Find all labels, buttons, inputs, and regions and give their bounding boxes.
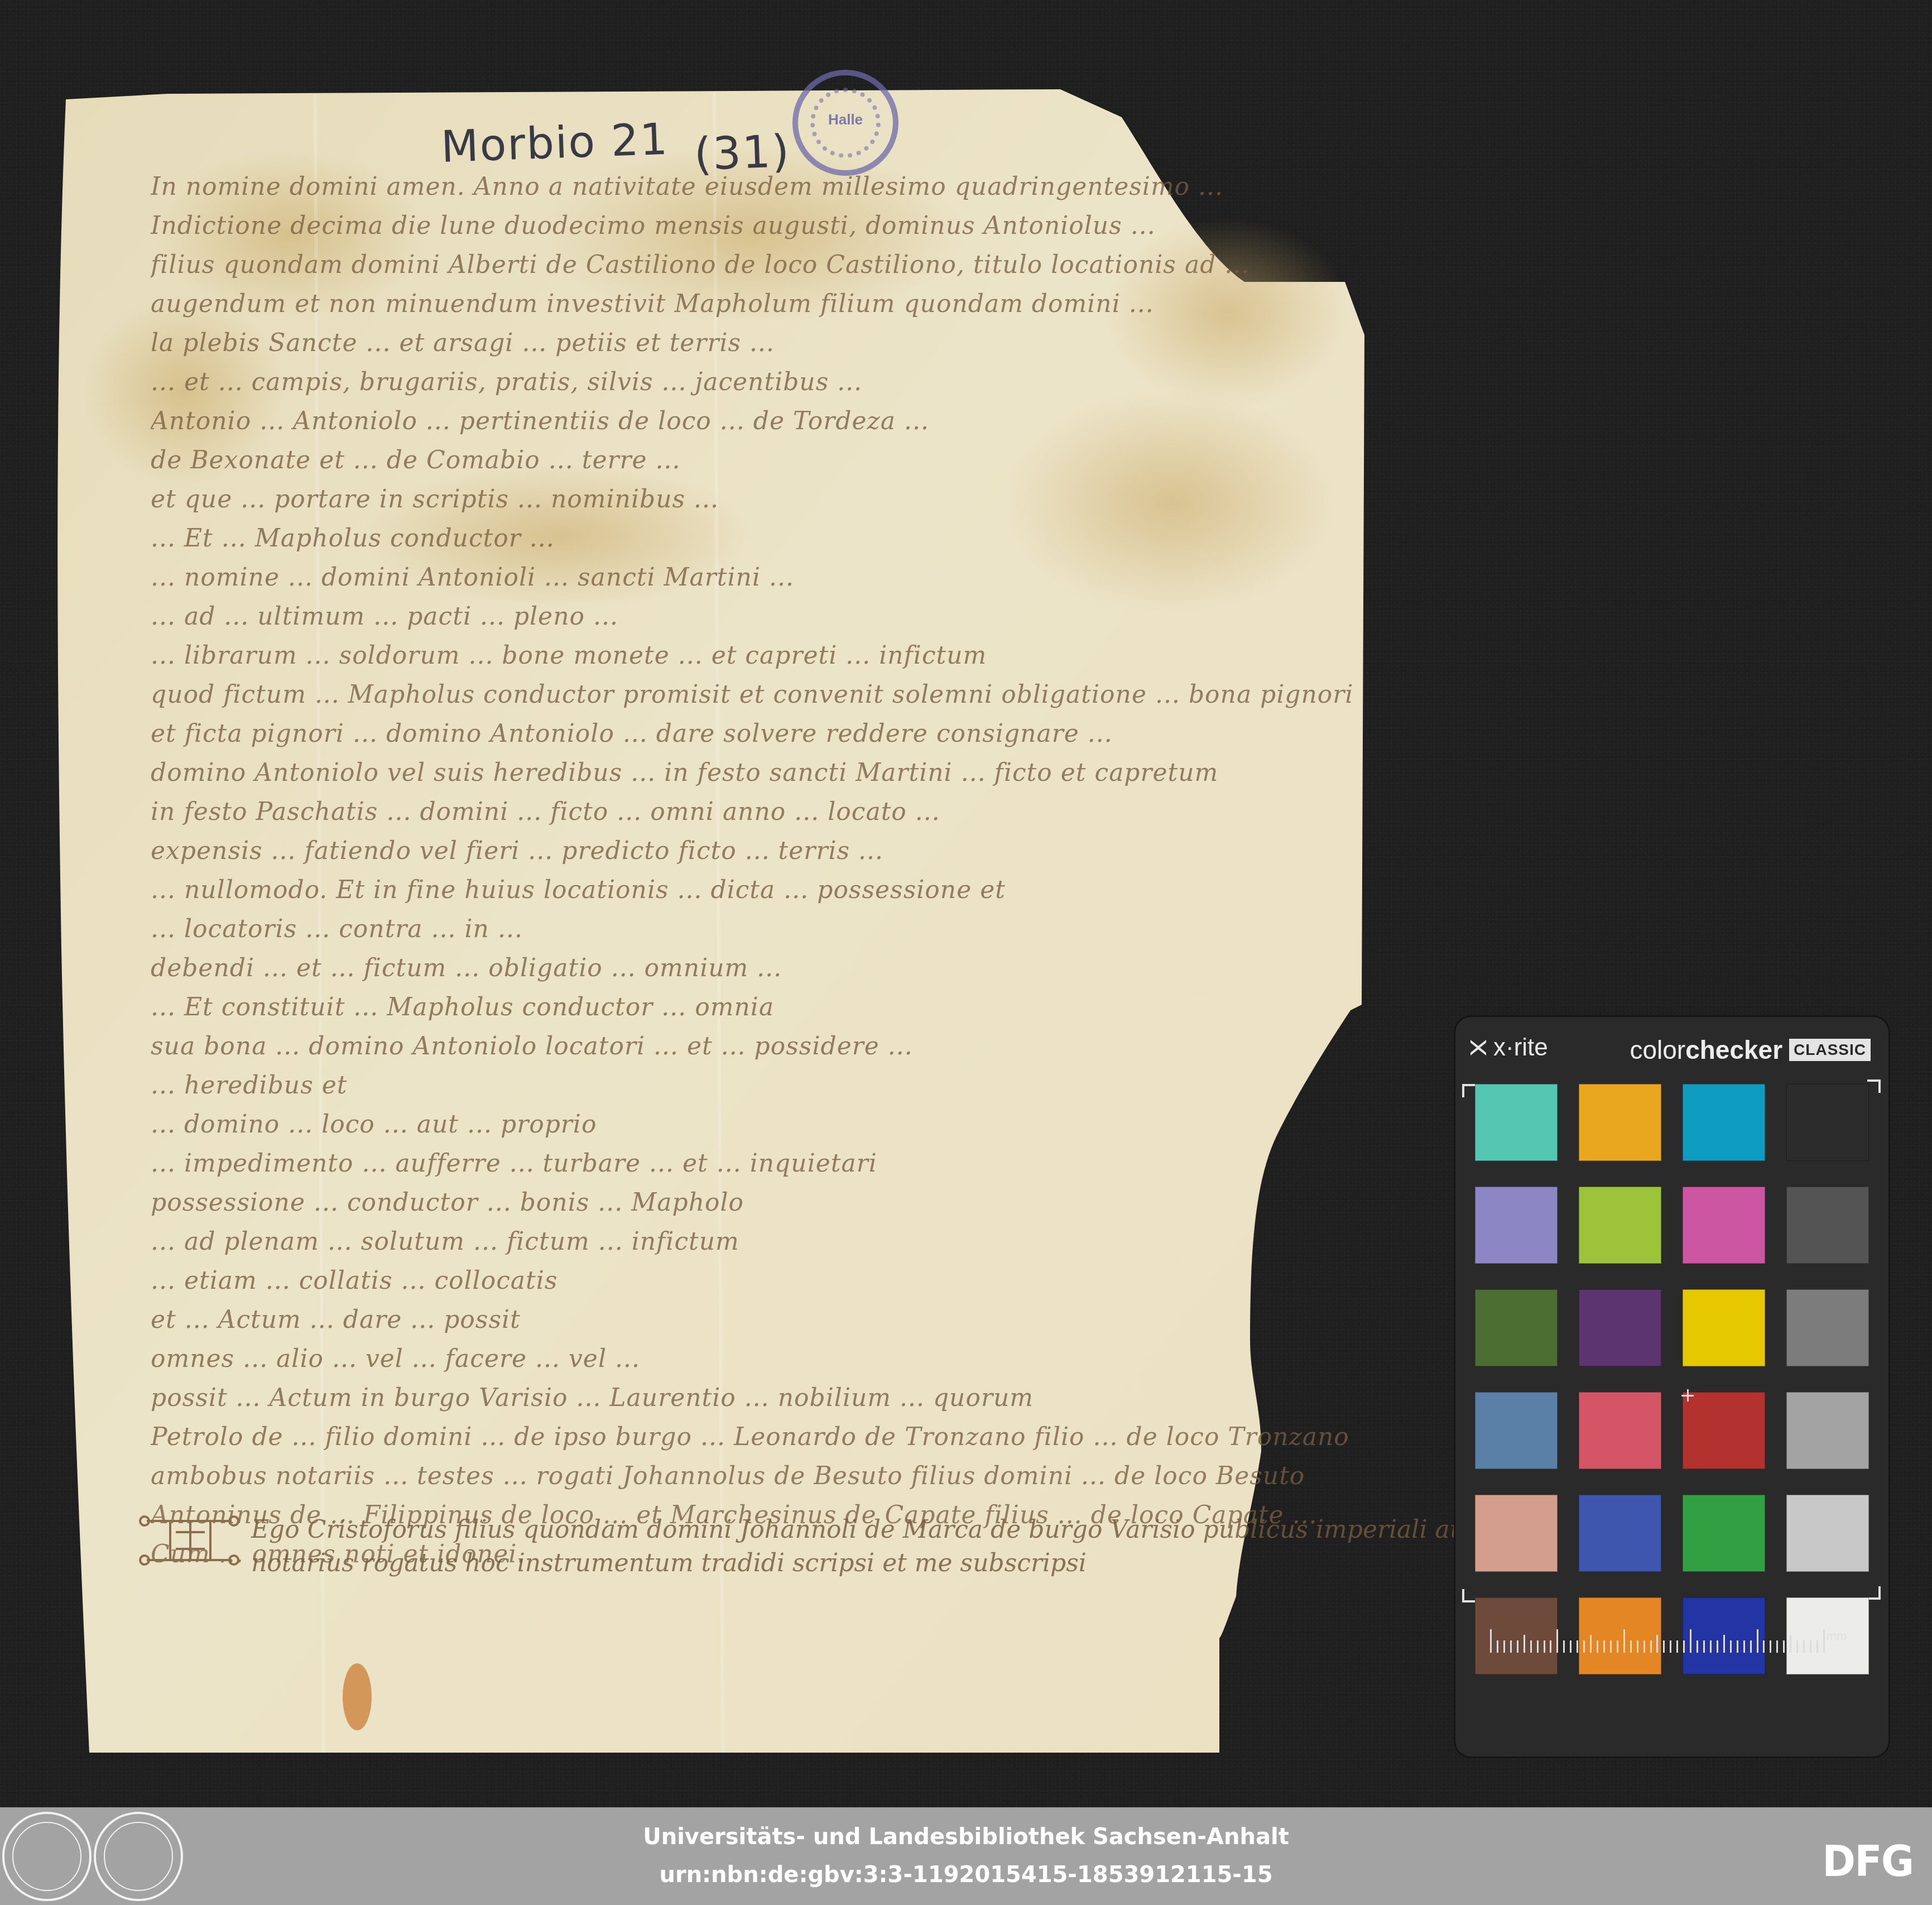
ruler-tick <box>1550 1640 1551 1653</box>
classic-badge: CLASSIC <box>1789 1039 1871 1061</box>
ruler-tick <box>1710 1640 1712 1653</box>
registration-corner-icon <box>1867 1586 1881 1600</box>
ruler-tick <box>1743 1640 1745 1653</box>
manuscript-line: ... ad ... ultimum ... pacti ... pleno .… <box>151 597 1367 636</box>
color-patch <box>1683 1187 1765 1264</box>
manuscript-line: ... nomine ... domini Antonioli ... sanc… <box>151 558 1367 597</box>
ruler-tick <box>1630 1640 1632 1653</box>
color-patch <box>1683 1495 1765 1572</box>
manuscript-line: in festo Paschatis ... domini ... ficto … <box>151 793 1367 832</box>
ruler-tick <box>1770 1640 1771 1653</box>
xrite-logo-icon <box>1469 1038 1488 1057</box>
manuscript-line: quod fictum ... Mapholus conductor promi… <box>151 675 1367 714</box>
color-patch <box>1683 1084 1765 1161</box>
manuscript-line: ... nullomodo. Et in fine huius location… <box>151 871 1367 910</box>
ruler-tick <box>1823 1629 1825 1653</box>
ruler-tick <box>1590 1635 1592 1653</box>
ruler-tick <box>1737 1640 1738 1653</box>
color-patch <box>1475 1289 1558 1366</box>
color-patch <box>1786 1392 1869 1469</box>
ruler-tick <box>1750 1640 1752 1653</box>
color-patch <box>1579 1084 1661 1161</box>
ruler-tick <box>1597 1640 1598 1653</box>
color-patch <box>1475 1392 1558 1469</box>
manuscript-line: In nomine domini amen. Anno a nativitate… <box>151 167 1367 207</box>
color-patch <box>1579 1187 1661 1264</box>
ruler-tick <box>1530 1640 1532 1653</box>
ruler-tick <box>1497 1640 1498 1653</box>
ruler-tick <box>1490 1629 1492 1653</box>
color-patch <box>1475 1084 1558 1161</box>
ruler-tick <box>1730 1640 1732 1653</box>
manuscript-line: et que ... portare in scriptis ... nomin… <box>151 480 1367 519</box>
brand-light-text: color <box>1630 1035 1685 1065</box>
manuscript-line: et ficta pignori ... domino Antoniolo ..… <box>151 714 1367 754</box>
ruler-tick <box>1650 1640 1652 1653</box>
manuscript-line: omnes ... alio ... vel ... facere ... ve… <box>151 1340 1367 1379</box>
manuscript-line: filius quondam domini Alberti de Castili… <box>151 246 1367 285</box>
manuscript-line: ... heredibus et <box>151 1066 1367 1105</box>
color-patch-grid <box>1475 1084 1869 1674</box>
registration-corner-icon <box>1462 1589 1476 1602</box>
stamp-text: Halle <box>798 111 893 128</box>
subscription-line: Ego Cristoforus filius quondam domini Jo… <box>251 1515 1573 1544</box>
color-patch <box>1579 1495 1661 1572</box>
color-patch <box>1579 1392 1661 1469</box>
xrite-brand: x·rite <box>1469 1034 1548 1062</box>
ruler-tick <box>1556 1629 1558 1653</box>
ruler-tick <box>1717 1640 1718 1653</box>
ruler-tick <box>1617 1640 1618 1653</box>
ruler-tick <box>1776 1640 1778 1653</box>
color-patch <box>1579 1289 1661 1366</box>
shelfmark-text: Morbio 21 <box>440 114 670 172</box>
color-patch <box>1475 1495 1558 1572</box>
ruler-tick <box>1503 1640 1505 1653</box>
institution-name: Universitäts- und Landesbibliothek Sachs… <box>0 1824 1932 1850</box>
manuscript-line: Indictione decima die lune duodecimo men… <box>151 207 1367 246</box>
ruler-tick <box>1723 1635 1725 1653</box>
notary-signum-icon <box>137 1510 243 1571</box>
ruler-tick <box>1696 1640 1698 1653</box>
ruler-tick <box>1656 1635 1658 1653</box>
urn-identifier: urn:nbn:de:gbv:3:3-1192015415-1853912115… <box>0 1862 1932 1888</box>
color-patch <box>1786 1187 1869 1264</box>
ruler-tick <box>1796 1640 1798 1653</box>
ruler-tick <box>1643 1640 1645 1653</box>
color-patch <box>1786 1495 1869 1572</box>
ruler-tick <box>1563 1640 1565 1653</box>
manuscript-line: ... librarum ... soldorum ... bone monet… <box>151 636 1367 675</box>
ruler-tick <box>1603 1640 1605 1653</box>
manuscript-line: augendum et non minuendum investivit Map… <box>151 285 1367 324</box>
manuscript-line: ... locatoris ... contra ... in ... <box>151 910 1367 949</box>
crosshair-icon <box>1681 1389 1694 1402</box>
ruler-tick <box>1637 1640 1638 1653</box>
colorchecker-brand: color checker CLASSIC <box>1630 1035 1871 1065</box>
registration-corner-icon <box>1462 1084 1476 1097</box>
subscription-line: notarius rogatus hoc instrumentum tradid… <box>251 1549 1087 1577</box>
ruler-tick <box>1816 1640 1818 1653</box>
color-patch <box>1786 1084 1869 1161</box>
manuscript-line: ... etiam ... collatis ... collocatis <box>151 1261 1367 1301</box>
registration-corner-icon <box>1867 1079 1881 1093</box>
ruler-tick <box>1517 1640 1518 1653</box>
ruler-tick <box>1524 1635 1525 1653</box>
ruler-tick <box>1757 1629 1758 1653</box>
ruler-tick <box>1577 1640 1578 1653</box>
ruler-tick <box>1537 1640 1539 1653</box>
library-footer-banner: Universitäts- und Landesbibliothek Sachs… <box>0 1807 1932 1905</box>
ruler-tick <box>1803 1640 1805 1653</box>
manuscript-line: possit ... Actum in burgo Varisio ... La… <box>151 1379 1367 1418</box>
xrite-label: x·rite <box>1493 1034 1548 1062</box>
ruler-tick <box>1510 1640 1512 1653</box>
mm-ruler <box>1490 1629 1825 1653</box>
manuscript-line: ... impedimento ... aufferre ... turbare… <box>151 1144 1367 1183</box>
manuscript-line: Antonio ... Antoniolo ... pertinentiis d… <box>151 402 1367 441</box>
manuscript-line: ... Et constituit ... Mapholus conductor… <box>151 988 1367 1027</box>
ruler-tick <box>1703 1640 1705 1653</box>
manuscript-line: ambobus notariis ... testes ... rogati J… <box>151 1457 1367 1496</box>
manuscript-line: ... et ... campis, brugariis, pratis, si… <box>151 363 1367 402</box>
color-patch <box>1683 1289 1765 1366</box>
ruler-tick <box>1683 1640 1685 1653</box>
checker-header: x·rite color checker CLASSIC <box>1455 1034 1888 1073</box>
ruler-tick <box>1763 1640 1765 1653</box>
color-patch <box>1683 1392 1765 1469</box>
manuscript-line: Petrolo de ... filio domini ... de ipso … <box>151 1418 1367 1457</box>
library-ownership-stamp: Halle <box>792 70 898 176</box>
ruler-tick <box>1670 1640 1671 1653</box>
charter-text-block: In nomine domini amen. Anno a nativitate… <box>151 167 1367 1574</box>
ruler-tick <box>1790 1635 1791 1653</box>
manuscript-line: ... ad plenam ... solutum ... fictum ...… <box>151 1222 1367 1261</box>
ruler-tick <box>1690 1629 1691 1653</box>
ruler-tick <box>1676 1640 1678 1653</box>
manuscript-line: domino Antoniolo vel suis heredibus ... … <box>151 754 1367 793</box>
manuscript-line: ... Et ... Mapholus conductor ... <box>151 519 1367 558</box>
manuscript-line: de Bexonate et ... de Comabio ... terre … <box>151 441 1367 480</box>
ruler-tick <box>1583 1640 1585 1653</box>
manuscript-line: la plebis Sancte ... et arsagi ... petii… <box>151 324 1367 363</box>
manuscript-line: possessione ... conductor ... bonis ... … <box>151 1183 1367 1222</box>
ruler-tick <box>1783 1640 1785 1653</box>
manuscript-line: expensis ... fatiendo vel fieri ... pred… <box>151 832 1367 871</box>
manuscript-line: ... domino ... loco ... aut ... proprio <box>151 1105 1367 1144</box>
color-patch <box>1786 1289 1869 1366</box>
ruler-unit-label: mm <box>1827 1629 1847 1644</box>
ruler-tick <box>1663 1640 1665 1653</box>
ruler-tick <box>1570 1640 1571 1653</box>
ruler-tick <box>1623 1629 1625 1653</box>
ruler-tick <box>1544 1640 1545 1653</box>
brand-bold-text: checker <box>1685 1035 1782 1065</box>
ruler-tick <box>1810 1640 1811 1653</box>
manuscript-line: sua bona ... domino Antoniolo locatori .… <box>151 1027 1367 1066</box>
manuscript-line: debendi ... et ... fictum ... obligatio … <box>151 949 1367 988</box>
ruler-tick <box>1610 1640 1612 1653</box>
dfg-logo: DFG <box>1822 1836 1913 1886</box>
color-patch <box>1475 1187 1558 1264</box>
manuscript-line: et ... Actum ... dare ... possit <box>151 1301 1367 1340</box>
color-checker-card: x·rite color checker CLASSIC mm <box>1455 1017 1888 1757</box>
